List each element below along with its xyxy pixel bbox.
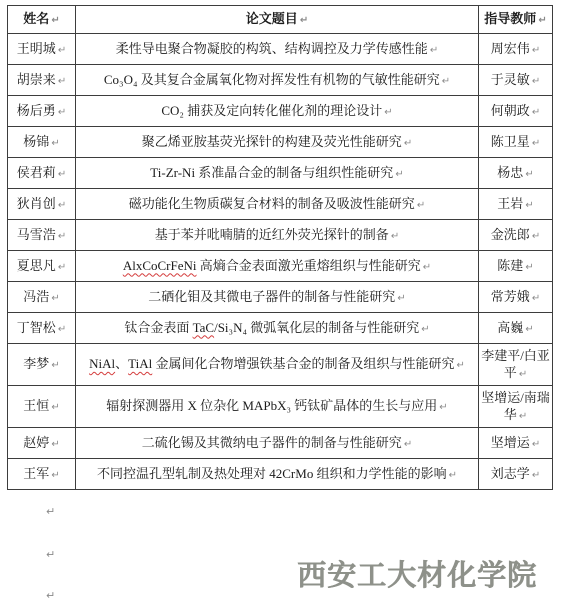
thesis-title-fragment-misspelled: TiAl [128, 356, 152, 371]
advisor-cell[interactable]: 坚增运↵ [479, 428, 553, 459]
paragraph-return-mark: ↵ [417, 200, 425, 211]
advisor-name: 金洗郎 [491, 227, 530, 242]
student-name-cell[interactable]: 夏思凡↵ [8, 251, 76, 282]
paragraph-return-mark: ↵ [51, 360, 59, 371]
student-name-cell[interactable]: 丁智松↵ [8, 313, 76, 344]
thesis-title-fragment-misspelled: TaC [193, 320, 214, 335]
student-name-cell[interactable]: 赵婷↵ [8, 428, 76, 459]
thesis-title-fragment: 、 [115, 356, 128, 371]
advisor-cell[interactable]: 王岩↵ [479, 189, 553, 220]
table-row: 冯浩↵二硒化钼及其微电子器件的制备与性能研究↵常芳娥↵ [8, 282, 553, 313]
advisor-name: 何朝政 [491, 103, 530, 118]
paragraph-return-mark: ↵ [519, 411, 527, 422]
student-name: 胡崇来 [17, 72, 56, 87]
student-name: 杨后勇 [17, 103, 56, 118]
paragraph-return-mark: ↵ [532, 107, 540, 118]
student-name-cell[interactable]: 马雪浩↵ [8, 220, 76, 251]
column-header-title-label: 论文题目 [246, 11, 298, 26]
paragraph-mark: ↵ [46, 589, 55, 601]
paragraph-return-mark: ↵ [532, 138, 540, 149]
student-name-cell[interactable]: 杨锦↵ [8, 127, 76, 158]
advisor-cell[interactable]: 坚增运/南瑞华↵ [479, 386, 553, 428]
thesis-title-fragment: 二硒化钼及其微电子器件的制备与性能研究 [148, 289, 395, 304]
advisor-name: 陈卫星 [491, 134, 530, 149]
advisor-name: 李建平/白亚平 [481, 348, 550, 380]
advisor-name: 坚增运/南瑞华 [481, 390, 550, 422]
thesis-title-cell[interactable]: 柔性导电聚合物凝胶的构筑、结构调控及力学传感性能↵ [76, 34, 479, 65]
table-row: 丁智松↵钛合金表面 TaC/Si₃N₄ 微弧氧化层的制备与性能研究↵高巍↵ [8, 313, 553, 344]
paragraph-return-mark: ↵ [58, 231, 66, 242]
student-name: 侯君莉 [17, 165, 56, 180]
paragraph-return-mark: ↵ [58, 200, 66, 211]
student-name: 赵婷 [23, 435, 49, 450]
advisor-name: 杨忠 [497, 165, 523, 180]
paragraph-return-mark: ↵ [300, 15, 308, 26]
paragraph-return-mark: ↵ [519, 369, 527, 380]
table-row: 李梦↵NiAl、TiAl 金属间化合物增强铁基合金的制备及组织与性能研究↵李建平… [8, 344, 553, 386]
thesis-title-cell[interactable]: 聚乙烯亚胺基荧光探针的构建及荧光性能研究↵ [76, 127, 479, 158]
thesis-title-fragment: CO₂ 捕获及定向转化催化剂的理论设计 [161, 103, 382, 118]
student-name-cell[interactable]: 杨后勇↵ [8, 96, 76, 127]
paragraph-return-mark: ↵ [532, 293, 540, 304]
thesis-title-fragment: /Si₃N₄ 微弧氧化层的制备与性能研究 [214, 320, 419, 335]
thesis-title-cell[interactable]: 二硒化钼及其微电子器件的制备与性能研究↵ [76, 282, 479, 313]
advisor-cell[interactable]: 陈建↵ [479, 251, 553, 282]
column-header-name-label: 姓名 [23, 11, 49, 26]
student-name-cell[interactable]: 王明城↵ [8, 34, 76, 65]
table-row: 王军↵不同控温孔型轧制及热处理对 42CrMo 组织和力学性能的影响↵刘志学↵ [8, 459, 553, 490]
thesis-title-fragment: 基于苯并吡喃腈的近红外荧光探针的制备 [155, 227, 389, 242]
table-row: 狄肖创↵磁功能化生物质碳复合材料的制备及吸波性能研究↵王岩↵ [8, 189, 553, 220]
school-watermark-stamp: 西安工大材化学院 [297, 553, 557, 594]
paragraph-return-mark: ↵ [58, 107, 66, 118]
paragraph-return-mark: ↵ [51, 439, 59, 450]
advisor-name: 陈建 [497, 258, 523, 273]
paragraph-return-mark: ↵ [439, 402, 447, 413]
paragraph-return-mark: ↵ [421, 324, 429, 335]
paragraph-return-mark: ↵ [525, 200, 533, 211]
student-name: 李梦 [23, 356, 49, 371]
student-name: 马雪浩 [17, 227, 56, 242]
student-name-cell[interactable]: 冯浩↵ [8, 282, 76, 313]
advisor-name: 高巍 [497, 320, 523, 335]
paragraph-return-mark: ↵ [404, 439, 412, 450]
thesis-title-fragment-misspelled: AlxCoCrFeNi [123, 258, 197, 273]
student-name: 杨锦 [23, 134, 49, 149]
paragraph-return-mark: ↵ [423, 262, 431, 273]
paragraph-return-mark: ↵ [58, 324, 66, 335]
paragraph-return-mark: ↵ [457, 360, 465, 371]
paragraph-return-mark: ↵ [525, 262, 533, 273]
paragraph-return-mark: ↵ [404, 138, 412, 149]
student-name: 夏思凡 [17, 258, 56, 273]
table-row: 王恒↵辐射探测器用 X 位杂化 MAPbX₃ 钙钛矿晶体的生长与应用↵坚增运/南… [8, 386, 553, 428]
thesis-title-cell[interactable]: CO₂ 捕获及定向转化催化剂的理论设计↵ [76, 96, 479, 127]
paragraph-return-mark: ↵ [395, 169, 403, 180]
paragraph-return-mark: ↵ [525, 324, 533, 335]
advisor-cell[interactable]: 于灵敏↵ [479, 65, 553, 96]
thesis-title-fragment: 辐射探测器用 X 位杂化 MAPbX₃ 钙钛矿晶体的生长与应用 [106, 398, 437, 413]
paragraph-return-mark: ↵ [51, 402, 59, 413]
thesis-title-cell[interactable]: Co₃O₄ 及其复合金属氧化物对挥发性有机物的气敏性能研究↵ [76, 65, 479, 96]
advisor-name: 坚增运 [491, 435, 530, 450]
thesis-title-cell[interactable]: 二硫化锡及其微纳电子器件的制备与性能研究↵ [76, 428, 479, 459]
paragraph-return-mark: ↵ [51, 293, 59, 304]
thesis-title-fragment: Ti-Zr-Ni 系准晶合金的制备与组织性能研究 [150, 165, 393, 180]
table-row: 马雪浩↵基于苯并吡喃腈的近红外荧光探针的制备↵金洗郎↵ [8, 220, 553, 251]
advisor-name: 刘志学 [491, 466, 530, 481]
thesis-title-fragment: 金属间化合物增强铁基合金的制备及组织与性能研究 [152, 356, 454, 371]
advisor-name: 于灵敏 [491, 72, 530, 87]
paragraph-return-mark: ↵ [532, 76, 540, 87]
table-row: 侯君莉↵Ti-Zr-Ni 系准晶合金的制备与组织性能研究↵杨忠↵ [8, 158, 553, 189]
paragraph-return-mark: ↵ [51, 470, 59, 481]
paragraph-return-mark: ↵ [442, 76, 450, 87]
table-header-row: 姓名↵ 论文题目↵ 指导教师↵ [8, 6, 553, 34]
student-name: 王恒 [23, 398, 49, 413]
thesis-title-fragment: 不同控温孔型轧制及热处理对 42CrMo 组织和力学性能的影响 [97, 466, 447, 481]
thesis-title-cell[interactable]: 不同控温孔型轧制及热处理对 42CrMo 组织和力学性能的影响↵ [76, 459, 479, 490]
student-name-cell[interactable]: 胡崇来↵ [8, 65, 76, 96]
column-header-advisor[interactable]: 指导教师↵ [479, 6, 553, 34]
thesis-title-fragment: 磁功能化生物质碳复合材料的制备及吸波性能研究 [129, 196, 415, 211]
advisor-cell[interactable]: 杨忠↵ [479, 158, 553, 189]
paragraph-return-mark: ↵ [384, 107, 392, 118]
paragraph-mark: ↵ [46, 548, 55, 561]
column-header-title[interactable]: 论文题目↵ [76, 6, 479, 34]
paragraph-return-mark: ↵ [525, 169, 533, 180]
student-name-cell[interactable]: 王军↵ [8, 459, 76, 490]
table-row: 赵婷↵二硫化锡及其微纳电子器件的制备与性能研究↵坚增运↵ [8, 428, 553, 459]
thesis-title-cell[interactable]: 基于苯并吡喃腈的近红外荧光探针的制备↵ [76, 220, 479, 251]
thesis-title-cell[interactable]: 磁功能化生物质碳复合材料的制备及吸波性能研究↵ [76, 189, 479, 220]
paragraph-return-mark: ↵ [58, 76, 66, 87]
student-name: 王军 [23, 466, 49, 481]
table-row: 王明城↵柔性导电聚合物凝胶的构筑、结构调控及力学传感性能↵周宏伟↵ [8, 34, 553, 65]
advisor-cell[interactable]: 何朝政↵ [479, 96, 553, 127]
thesis-title-cell[interactable]: AlxCoCrFeNi 高熵合金表面激光重熔组织与性能研究↵ [76, 251, 479, 282]
thesis-title-fragment: 聚乙烯亚胺基荧光探针的构建及荧光性能研究 [142, 134, 402, 149]
student-name-cell[interactable]: 李梦↵ [8, 344, 76, 386]
table-body: 王明城↵柔性导电聚合物凝胶的构筑、结构调控及力学传感性能↵周宏伟↵胡崇来↵Co₃… [8, 34, 553, 490]
advisor-cell[interactable]: 高巍↵ [479, 313, 553, 344]
paragraph-return-mark: ↵ [430, 45, 438, 56]
advisor-cell[interactable]: 常芳娥↵ [479, 282, 553, 313]
student-name-cell[interactable]: 王恒↵ [8, 386, 76, 428]
thesis-title-fragment: Co₃O₄ 及其复合金属氧化物对挥发性有机物的气敏性能研究 [104, 72, 440, 87]
student-name: 狄肖创 [17, 196, 56, 211]
advisor-cell[interactable]: 李建平/白亚平↵ [479, 344, 553, 386]
student-name: 王明城 [17, 41, 56, 56]
student-name: 冯浩 [23, 289, 49, 304]
paragraph-return-mark: ↵ [532, 45, 540, 56]
paragraph-return-mark: ↵ [51, 138, 59, 149]
paragraph-return-mark: ↵ [58, 262, 66, 273]
thesis-title-fragment: 高熵合金表面激光重熔组织与性能研究 [197, 258, 421, 273]
paragraph-return-mark: ↵ [51, 15, 59, 26]
paragraph-return-mark: ↵ [532, 470, 540, 481]
paragraph-return-mark: ↵ [449, 470, 457, 481]
student-name-cell[interactable]: 侯君莉↵ [8, 158, 76, 189]
table-row: 胡崇来↵Co₃O₄ 及其复合金属氧化物对挥发性有机物的气敏性能研究↵于灵敏↵ [8, 65, 553, 96]
column-header-advisor-label: 指导教师 [484, 11, 536, 26]
column-header-name[interactable]: 姓名↵ [8, 6, 76, 34]
paragraph-return-mark: ↵ [58, 169, 66, 180]
advisor-name: 周宏伟 [491, 41, 530, 56]
advisor-cell[interactable]: 周宏伟↵ [479, 34, 553, 65]
student-name-cell[interactable]: 狄肖创↵ [8, 189, 76, 220]
table-row: 杨后勇↵CO₂ 捕获及定向转化催化剂的理论设计↵何朝政↵ [8, 96, 553, 127]
paragraph-return-mark: ↵ [58, 45, 66, 56]
paragraph-return-mark: ↵ [532, 439, 540, 450]
table-row: 杨锦↵聚乙烯亚胺基荧光探针的构建及荧光性能研究↵陈卫星↵ [8, 127, 553, 158]
thesis-title-fragment: 柔性导电聚合物凝胶的构筑、结构调控及力学传感性能 [116, 41, 428, 56]
thesis-title-cell[interactable]: Ti-Zr-Ni 系准晶合金的制备与组织性能研究↵ [76, 158, 479, 189]
paragraph-return-mark: ↵ [538, 15, 546, 26]
thesis-title-cell[interactable]: NiAl、TiAl 金属间化合物增强铁基合金的制备及组织与性能研究↵ [76, 344, 479, 386]
table-row: 夏思凡↵AlxCoCrFeNi 高熵合金表面激光重熔组织与性能研究↵陈建↵ [8, 251, 553, 282]
paragraph-mark: ↵ [46, 505, 55, 518]
thesis-title-fragment: 二硫化锡及其微纳电子器件的制备与性能研究 [142, 435, 402, 450]
student-name: 丁智松 [17, 320, 56, 335]
advisor-cell[interactable]: 陈卫星↵ [479, 127, 553, 158]
paragraph-return-mark: ↵ [391, 231, 399, 242]
thesis-title-cell[interactable]: 钛合金表面 TaC/Si₃N₄ 微弧氧化层的制备与性能研究↵ [76, 313, 479, 344]
thesis-title-fragment: 钛合金表面 [124, 320, 192, 335]
thesis-title-fragment-misspelled: NiAl [89, 356, 115, 371]
thesis-title-cell[interactable]: 辐射探测器用 X 位杂化 MAPbX₃ 钙钛矿晶体的生长与应用↵ [76, 386, 479, 428]
advisor-cell[interactable]: 刘志学↵ [479, 459, 553, 490]
paragraph-return-mark: ↵ [397, 293, 405, 304]
advisor-name: 常芳娥 [491, 289, 530, 304]
advisor-cell[interactable]: 金洗郎↵ [479, 220, 553, 251]
paragraph-return-mark: ↵ [532, 231, 540, 242]
thesis-table: 姓名↵ 论文题目↵ 指导教师↵ 王明城↵柔性导电聚合物凝胶的构筑、结构调控及力学… [7, 5, 553, 490]
advisor-name: 王岩 [497, 196, 523, 211]
